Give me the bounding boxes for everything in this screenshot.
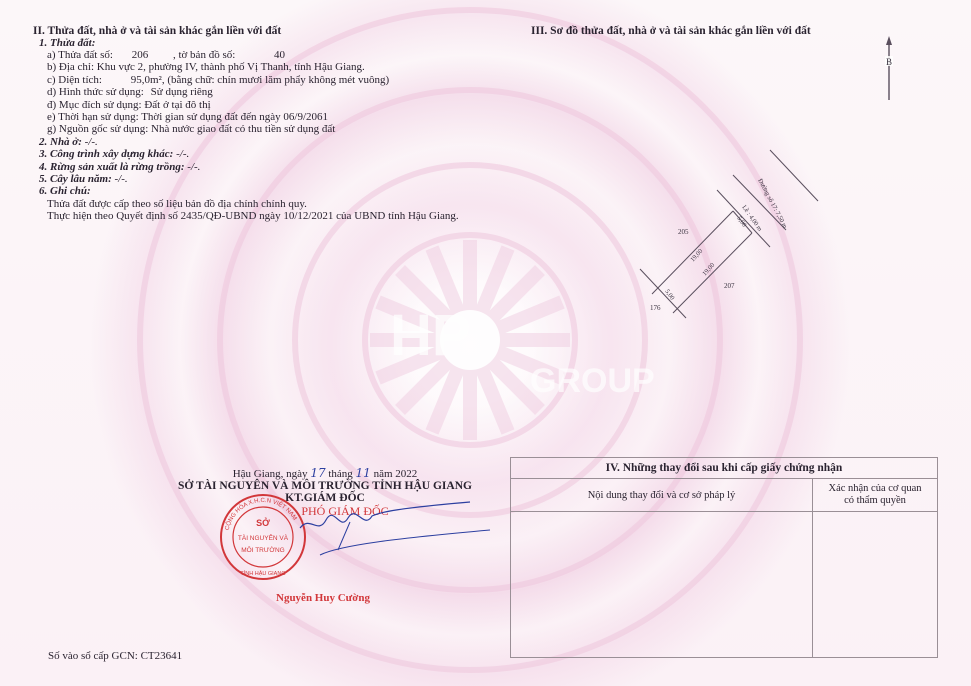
- area-label: c) Diện tích:: [47, 74, 102, 86]
- registry-value: CT23641: [141, 650, 183, 662]
- issuing-organization: SỞ TÀI NGUYÊN VÀ MÔI TRƯỜNG TỈNH HẬU GIA…: [170, 480, 480, 492]
- date-day: 17: [310, 466, 325, 480]
- perennial-label: 5. Cây lâu năm:: [39, 173, 112, 185]
- area-row: c) Diện tích: 95,0m², (bằng chữ: chín mư…: [33, 74, 483, 86]
- term-value: Thời gian sử dụng đất đến ngày 06/9/2061: [141, 111, 328, 123]
- road-edge-outer: [770, 150, 818, 201]
- changes-title: IV. Những thay đổi sau khi cấp giấy chứn…: [511, 458, 937, 479]
- date-prefix: Hậu Giang, ngày: [233, 468, 308, 480]
- neighbor-176: 176: [650, 304, 661, 312]
- svg-text:MÔI TRƯỜNG: MÔI TRƯỜNG: [241, 545, 285, 554]
- address-value: Khu vực 2, phường IV, thành phố Vị Thanh…: [97, 61, 365, 73]
- house-value: -/-.: [85, 136, 98, 148]
- origin-label: g) Nguồn gốc sử dụng:: [47, 123, 148, 135]
- usage-form-label: d) Hình thức sử dụng:: [47, 86, 144, 98]
- signer-name: Nguyễn Huy Cường: [276, 592, 370, 604]
- svg-text:SỞ: SỞ: [256, 517, 270, 528]
- land-heading: 1. Thửa đất:: [33, 37, 483, 49]
- changes-header-row: Nội dung thay đổi và cơ sở pháp lý Xác n…: [511, 479, 937, 512]
- map-sheet-number: 40: [274, 49, 285, 61]
- map-sheet-label: , tờ bản đồ số:: [173, 49, 235, 61]
- year-label: năm 2022: [374, 468, 418, 480]
- section2-title: II. Thửa đất, nhà ở và tài sản khác gắn …: [33, 25, 483, 37]
- address-label: b) Địa chỉ:: [47, 61, 94, 73]
- parcel-label: a) Thửa đất số:: [47, 49, 113, 61]
- notes-heading: 6. Ghi chú:: [33, 185, 483, 197]
- col-confirmation: Xác nhận của cơ quan có thẩm quyền: [813, 479, 937, 511]
- neighbor-205: 205: [678, 228, 689, 236]
- neighbor-207: 207: [724, 282, 735, 290]
- perennial-row: 5. Cây lâu năm: -/-.: [33, 173, 483, 185]
- changes-table: IV. Những thay đổi sau khi cấp giấy chứn…: [510, 457, 938, 658]
- house-label: 2. Nhà ở:: [39, 136, 82, 148]
- month-label: tháng: [328, 468, 352, 480]
- side-edge-2-label: 19,00: [701, 262, 716, 278]
- perennial-value: -/-.: [114, 173, 127, 185]
- parcel-row: a) Thửa đất số: 206 , tờ bản đồ số: 40: [33, 49, 483, 61]
- term-label: e) Thời hạn sử dụng:: [47, 111, 139, 123]
- note-1: Thửa đất được cấp theo số liệu bản đồ đị…: [33, 198, 467, 210]
- rear-edge-label: 5,00: [663, 288, 675, 301]
- forest-value: -/-.: [187, 161, 200, 173]
- forest-row: 4. Rừng sản xuất là rừng trồng: -/-.: [33, 161, 483, 173]
- col-confirmation-line2: có thẩm quyền: [828, 495, 921, 507]
- col-change-content: Nội dung thay đổi và cơ sở pháp lý: [511, 479, 813, 511]
- area-value: 95,0m², (bằng chữ: chín mươi lăm phẩy kh…: [131, 74, 389, 86]
- house-row: 2. Nhà ở: -/-.: [33, 136, 483, 148]
- svg-text:TỈNH HẬU GIANG: TỈNH HẬU GIANG: [240, 570, 285, 577]
- purpose-value: Đất ở tại đô thị: [144, 99, 210, 111]
- parcel-outline: [640, 211, 752, 318]
- changes-body-row: [511, 512, 937, 658]
- other-construction-value: -/-.: [176, 148, 189, 160]
- other-construction-row: 3. Công trình xây dựng khác: -/-.: [33, 148, 483, 160]
- registry-label: Số vào sổ cấp GCN:: [48, 650, 138, 662]
- purpose-label: đ) Mục đích sử dụng:: [47, 99, 142, 111]
- address-row: b) Địa chỉ: Khu vực 2, phường IV, thành …: [33, 61, 483, 73]
- change-content-cell: [511, 512, 813, 658]
- other-construction-label: 3. Công trình xây dựng khác:: [39, 148, 173, 160]
- purpose-row: đ) Mục đích sử dụng: Đất ở tại đô thị: [33, 99, 483, 111]
- term-row: e) Thời hạn sử dụng: Thời gian sử dụng đ…: [33, 111, 483, 123]
- forest-label: 4. Rừng sản xuất là rừng trồng:: [39, 161, 185, 173]
- origin-row: g) Nguồn gốc sử dụng: Nhà nước giao đất …: [33, 123, 483, 135]
- registry-number: Số vào sổ cấp GCN: CT23641: [48, 650, 182, 662]
- usage-form-row: d) Hình thức sử dụng: Sử dụng riêng: [33, 86, 483, 98]
- date-month: 11: [356, 466, 371, 480]
- svg-text:B: B: [886, 57, 892, 67]
- origin-value: Nhà nước giao đất có thu tiền sử dụng đấ…: [151, 123, 335, 135]
- side-edge-1-label: 19,00: [689, 248, 704, 264]
- section-land-info: II. Thửa đất, nhà ở và tài sản khác gắn …: [33, 25, 483, 223]
- issue-date: Hậu Giang, ngày 17 tháng 11 năm 2022: [170, 466, 480, 480]
- north-arrow-icon: B: [885, 36, 893, 100]
- note-2: Thực hiện theo Quyết định số 2435/QĐ-UBN…: [33, 210, 467, 222]
- col-confirmation-line1: Xác nhận của cơ quan: [828, 483, 921, 495]
- signature-scribble: [280, 500, 500, 560]
- parcel-number: 206: [132, 49, 149, 61]
- land-plot-diagram: B Đường số 17: 7,50 m Lề : 4,00 m 5,00 1…: [600, 30, 940, 340]
- usage-form-value: Sử dụng riêng: [151, 86, 213, 98]
